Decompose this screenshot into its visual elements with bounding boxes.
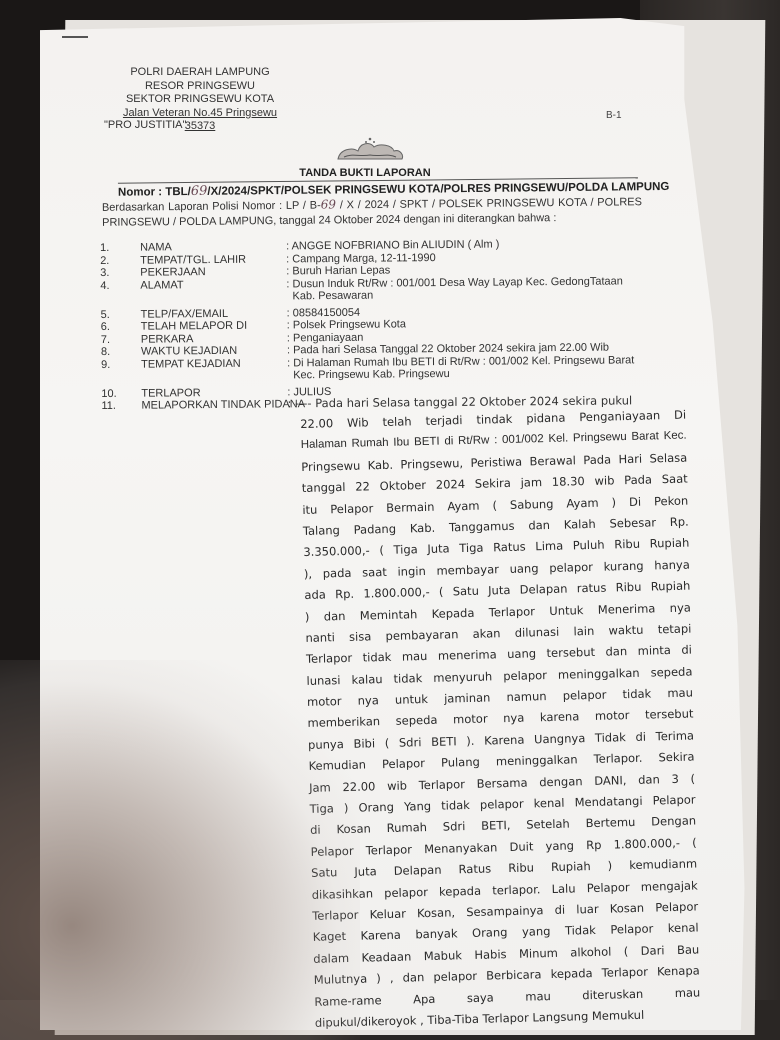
intro-prefix: Berdasarkan Laporan Polisi Nomor : LP / … bbox=[102, 200, 321, 214]
form-code: B-1 bbox=[606, 110, 622, 121]
field-value: : Campang Marga, 12-11-1990 bbox=[286, 252, 436, 265]
field-label: TEMPAT KEJADIAN bbox=[141, 357, 241, 370]
field-label: TEMPAT/TGL. LAHIR bbox=[140, 253, 246, 266]
page-mark bbox=[62, 36, 88, 38]
letterhead-line: SEKTOR PRINGSEWU KOTA bbox=[110, 93, 290, 107]
field-label: NAMA bbox=[140, 241, 172, 253]
field-value-continued: Kab. Pesawaran bbox=[292, 290, 373, 303]
field-number: 6. bbox=[101, 321, 125, 333]
field-number: 8. bbox=[101, 346, 125, 358]
field-number: 4. bbox=[100, 279, 124, 291]
letterhead-line: POLRI DAERAH LAMPUNG bbox=[110, 66, 290, 80]
field-number: 9. bbox=[101, 358, 125, 370]
field-label: PERKARA bbox=[141, 333, 194, 345]
intro-paragraph: Berdasarkan Laporan Polisi Nomor : LP / … bbox=[102, 194, 642, 231]
pro-justitia-label: "PRO JUSTITIA" bbox=[104, 119, 186, 131]
field-number: 10. bbox=[101, 387, 125, 399]
field-label: MELAPORKAN TINDAK PIDANA bbox=[141, 398, 305, 411]
field-number: 2. bbox=[100, 254, 124, 266]
handwritten-number: 69 bbox=[191, 184, 208, 199]
field-label: TELAH MELAPOR DI bbox=[141, 320, 247, 333]
field-value: : Buruh Harian Lepas bbox=[286, 264, 390, 277]
incident-narrative: 22.00 Wib telah terjadi tindak pidana Pe… bbox=[300, 405, 701, 1035]
field-value: : Polsek Pringsewu Kota bbox=[287, 318, 406, 331]
field-value: : Penganiayaan bbox=[287, 331, 364, 344]
field-value: : 08584150054 bbox=[287, 306, 361, 319]
field-value-continued: Kec. Pringsewu Kab. Pringsewu bbox=[293, 368, 450, 381]
letterhead-line: RESOR PRINGSEWU bbox=[110, 80, 290, 94]
field-label: ALAMAT bbox=[140, 279, 183, 291]
field-number: 11. bbox=[101, 400, 125, 412]
document-number-prefix: Nomor : TBL/ bbox=[118, 186, 191, 199]
field-number: 3. bbox=[100, 267, 124, 279]
police-emblem-icon bbox=[330, 135, 410, 165]
field-number: 5. bbox=[101, 308, 125, 320]
field-label: TELP/FAX/EMAIL bbox=[141, 307, 229, 320]
field-label: PEKERJAAN bbox=[140, 266, 206, 279]
handwritten-number: 69 bbox=[321, 197, 336, 211]
report-fields: 1. NAMA : ANGGE NOFBRIANO Bin ALIUDIN ( … bbox=[100, 237, 661, 412]
field-label: TERLAPOR bbox=[141, 387, 200, 400]
field-number: 7. bbox=[101, 333, 125, 345]
field-number: 1. bbox=[100, 242, 124, 254]
field-label: WAKTU KEJADIAN bbox=[141, 345, 237, 358]
